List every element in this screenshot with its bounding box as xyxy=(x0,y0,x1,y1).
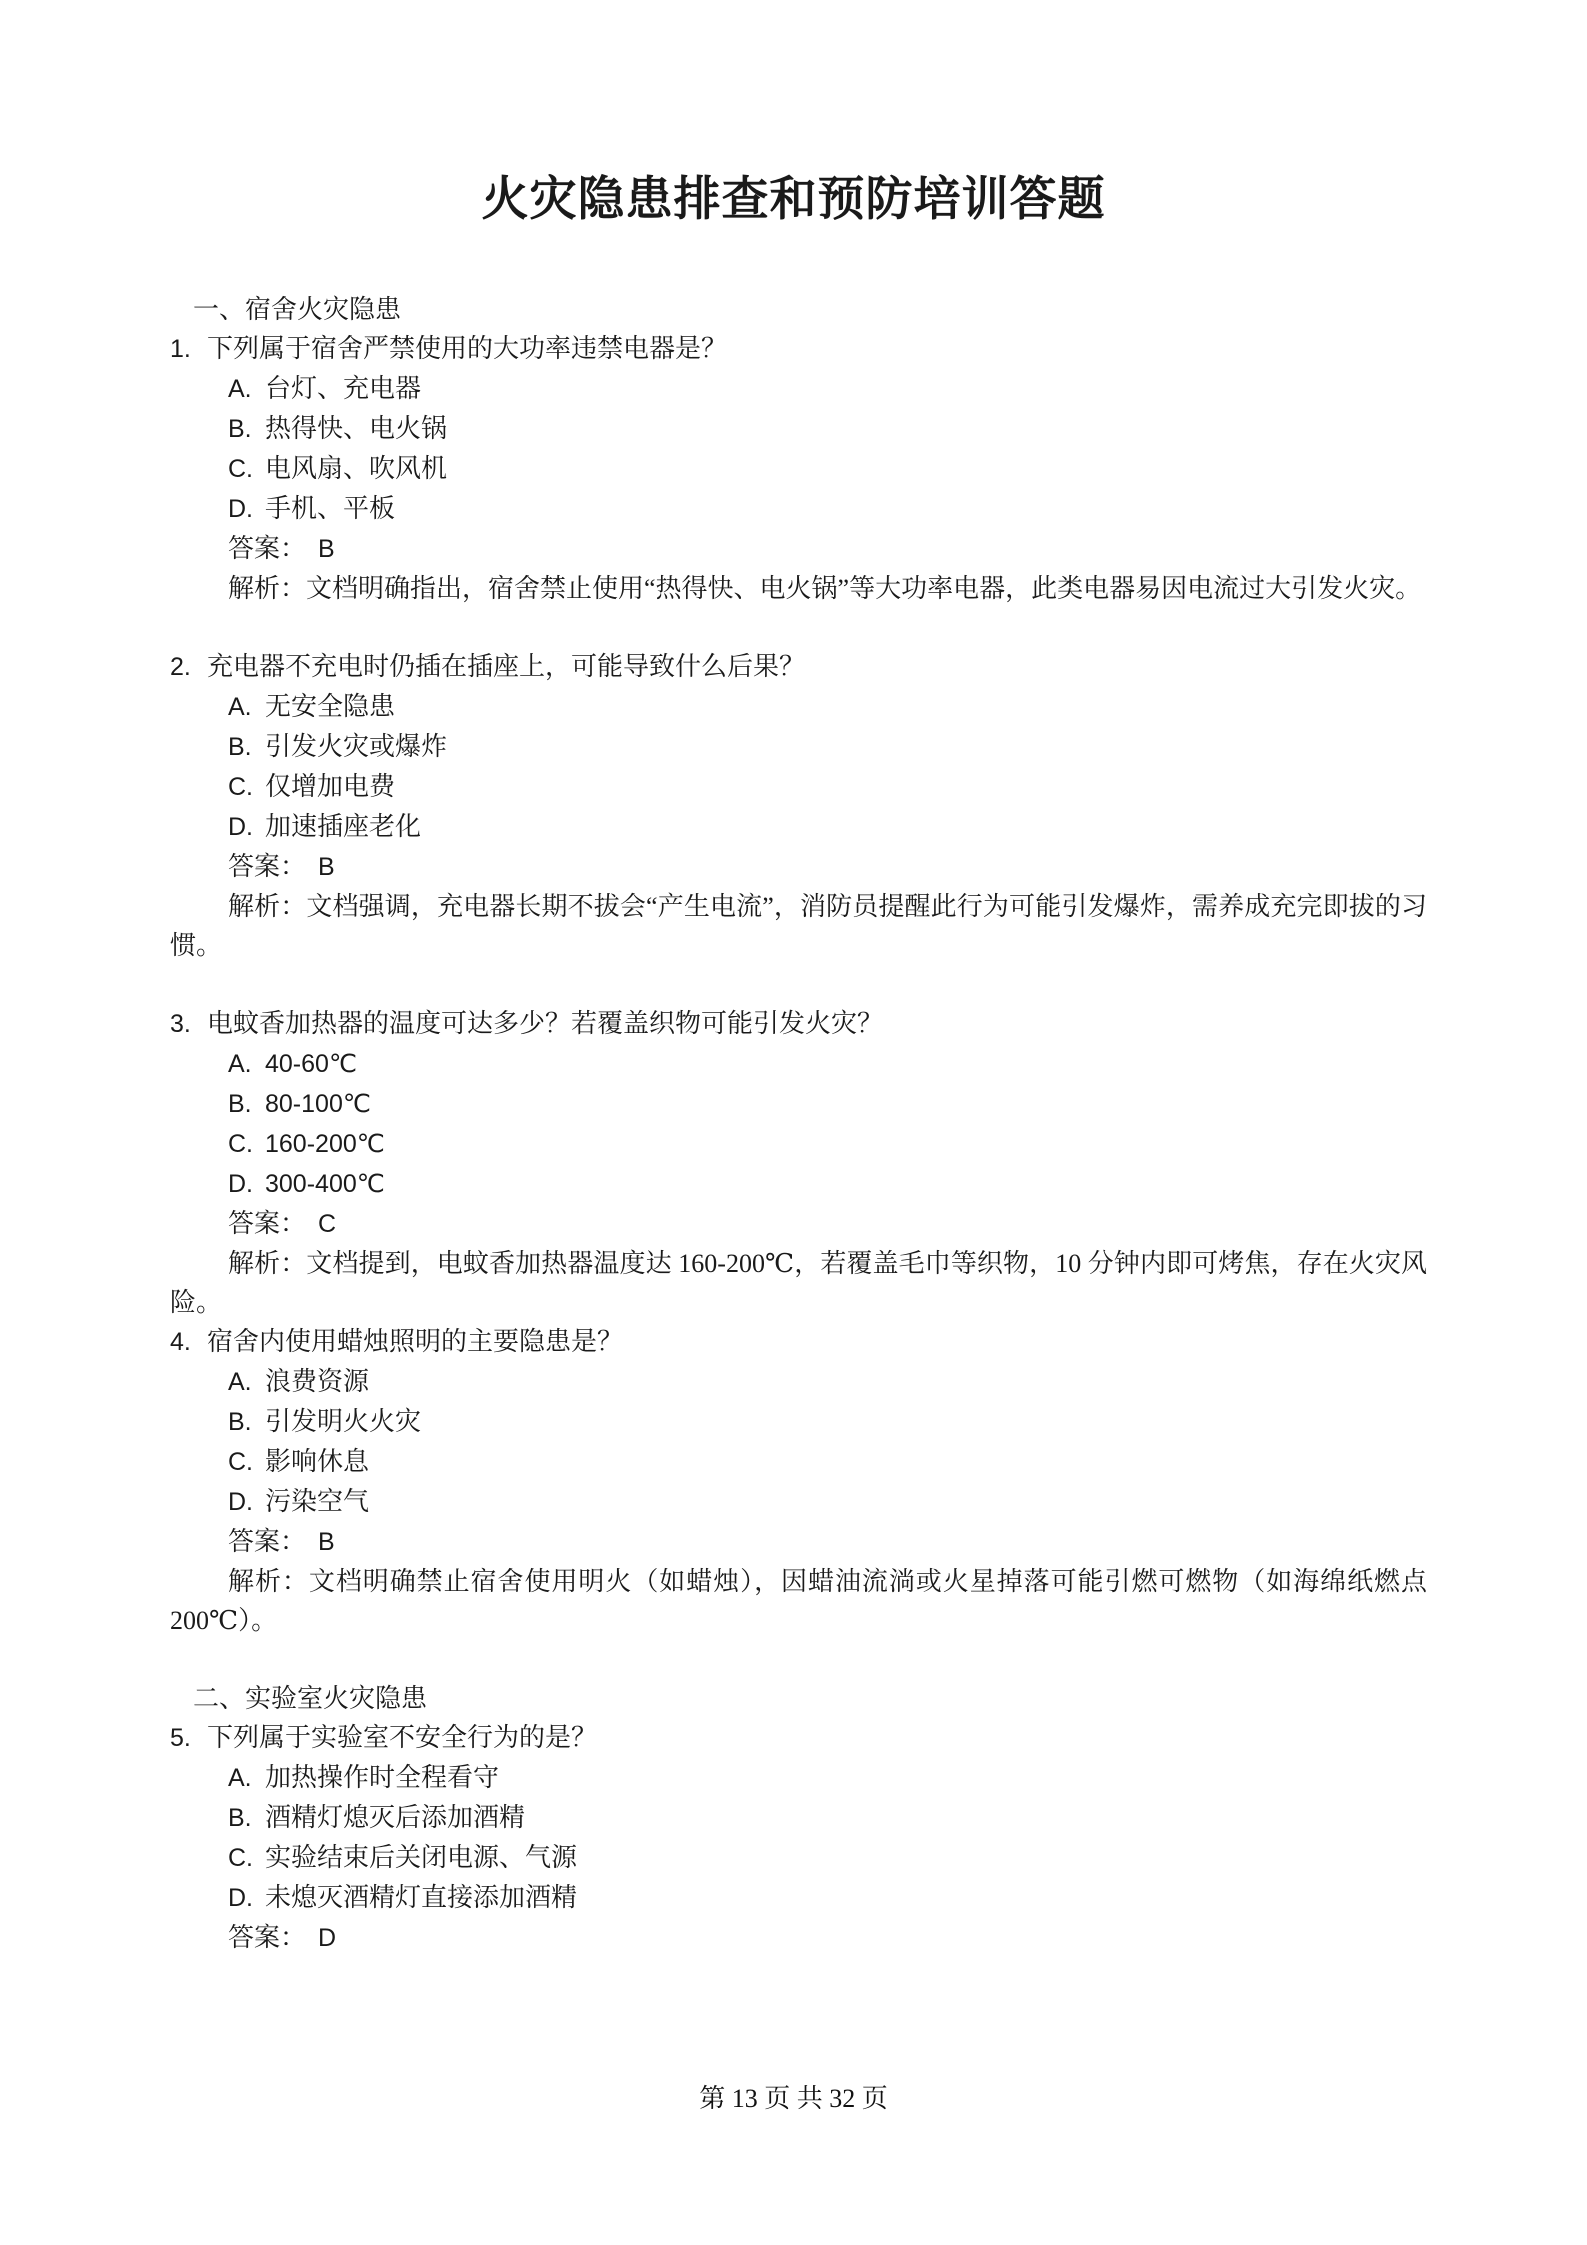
option-row: A.台灯、充电器 xyxy=(228,369,1427,409)
answer-label: 答案： xyxy=(228,534,306,563)
option-label: B. xyxy=(228,1085,253,1124)
option-row: B.引发火灾或爆炸 xyxy=(228,727,1427,767)
option-text: 台灯、充电器 xyxy=(265,374,421,403)
question-line: 4.宿舍内使用蜡烛照明的主要隐患是？ xyxy=(170,1322,1427,1362)
explanation-text: 解析：文档明确指出，宿舍禁止使用“热得快、电火锅”等大功率电器，此类电器易因电流… xyxy=(170,569,1427,608)
answer-line: 答案：B xyxy=(228,847,1427,887)
answer-line: 答案：B xyxy=(228,1522,1427,1562)
question-2: 2.充电器不充电时仍插在插座上，可能导致什么后果？ A.无安全隐患 B.引发火灾… xyxy=(170,647,1427,965)
answer-value: B xyxy=(318,853,335,881)
option-label: D. xyxy=(228,1879,253,1918)
question-number: 2. xyxy=(170,648,195,687)
option-label: A. xyxy=(228,1759,253,1798)
option-label: C. xyxy=(228,1839,253,1878)
option-row: B.引发明火火灾 xyxy=(228,1402,1427,1442)
question-4: 4.宿舍内使用蜡烛照明的主要隐患是？ A.浪费资源 B.引发明火火灾 C.影响休… xyxy=(170,1322,1427,1640)
answer-value: B xyxy=(318,1528,335,1556)
option-label: A. xyxy=(228,1363,253,1402)
option-label: B. xyxy=(228,1799,253,1838)
option-text: 300-400℃ xyxy=(265,1170,385,1198)
option-text: 加热操作时全程看守 xyxy=(265,1763,499,1792)
option-label: B. xyxy=(228,728,253,767)
option-row: A.无安全隐患 xyxy=(228,687,1427,727)
question-number: 3. xyxy=(170,1005,195,1044)
question-1: 1.下列属于宿舍严禁使用的大功率违禁电器是？ A.台灯、充电器 B.热得快、电火… xyxy=(170,329,1427,608)
question-text: 宿舍内使用蜡烛照明的主要隐患是？ xyxy=(207,1327,623,1356)
explanation-text: 解析：文档明确禁止宿舍使用明火（如蜡烛），因蜡油流淌或火星掉落可能引燃可燃物（如… xyxy=(170,1562,1427,1640)
option-text: 160-200℃ xyxy=(265,1130,385,1158)
option-text: 实验结束后关闭电源、气源 xyxy=(265,1843,577,1872)
explanation-text: 解析：文档提到，电蚊香加热器温度达 160-200℃，若覆盖毛巾等织物，10 分… xyxy=(170,1244,1427,1322)
document-body: 一、宿舍火灾隐患 1.下列属于宿舍严禁使用的大功率违禁电器是？ A.台灯、充电器… xyxy=(170,290,1427,1958)
option-text: 热得快、电火锅 xyxy=(265,414,447,443)
document-page: 火灾隐患排查和预防培训答题 一、宿舍火灾隐患 1.下列属于宿舍严禁使用的大功率违… xyxy=(0,0,1587,2245)
option-row: C.实验结束后关闭电源、气源 xyxy=(228,1838,1427,1878)
option-label: D. xyxy=(228,808,253,847)
answer-value: D xyxy=(318,1924,336,1952)
option-row: C.影响休息 xyxy=(228,1442,1427,1482)
option-text: 引发明火火灾 xyxy=(265,1407,421,1436)
option-label: A. xyxy=(228,370,253,409)
answer-label: 答案： xyxy=(228,1527,306,1556)
option-text: 仅增加电费 xyxy=(265,772,395,801)
question-number: 1. xyxy=(170,330,195,369)
question-line: 1.下列属于宿舍严禁使用的大功率违禁电器是？ xyxy=(170,329,1427,369)
option-row: B.热得快、电火锅 xyxy=(228,409,1427,449)
option-row: D.手机、平板 xyxy=(228,489,1427,529)
option-text: 40-60℃ xyxy=(265,1050,357,1078)
option-label: C. xyxy=(228,1125,253,1164)
question-number: 4. xyxy=(170,1323,195,1362)
section-heading-laboratory: 二、实验室火灾隐患 xyxy=(170,1679,1427,1718)
section-heading-dormitory: 一、宿舍火灾隐患 xyxy=(170,290,1427,329)
question-line: 3.电蚊香加热器的温度可达多少？若覆盖织物可能引发火灾？ xyxy=(170,1004,1427,1044)
question-text: 电蚊香加热器的温度可达多少？若覆盖织物可能引发火灾？ xyxy=(207,1009,883,1038)
option-text: 酒精灯熄灭后添加酒精 xyxy=(265,1803,525,1832)
question-line: 2.充电器不充电时仍插在插座上，可能导致什么后果？ xyxy=(170,647,1427,687)
option-text: 无安全隐患 xyxy=(265,692,395,721)
option-label: D. xyxy=(228,1483,253,1522)
page-footer: 第 13 页 共 32 页 xyxy=(0,2083,1587,2115)
option-text: 影响休息 xyxy=(265,1447,369,1476)
option-row: A.40-60℃ xyxy=(228,1044,1427,1084)
answer-label: 答案： xyxy=(228,1923,306,1952)
option-row: D.污染空气 xyxy=(228,1482,1427,1522)
answer-line: 答案：C xyxy=(228,1204,1427,1244)
question-text: 下列属于宿舍严禁使用的大功率违禁电器是？ xyxy=(207,334,727,363)
option-label: A. xyxy=(228,1045,253,1084)
answer-line: 答案：D xyxy=(228,1918,1427,1958)
page-title: 火灾隐患排查和预防培训答题 xyxy=(0,168,1587,232)
explanation-text: 解析：文档强调，充电器长期不拔会“产生电流”，消防员提醒此行为可能引发爆炸，需养… xyxy=(170,887,1427,965)
option-row: A.加热操作时全程看守 xyxy=(228,1758,1427,1798)
option-text: 80-100℃ xyxy=(265,1090,371,1118)
question-text: 充电器不充电时仍插在插座上，可能导致什么后果？ xyxy=(207,652,805,681)
answer-line: 答案：B xyxy=(228,529,1427,569)
option-text: 引发火灾或爆炸 xyxy=(265,732,447,761)
answer-label: 答案： xyxy=(228,1209,306,1238)
option-row: B.酒精灯熄灭后添加酒精 xyxy=(228,1798,1427,1838)
option-label: C. xyxy=(228,1443,253,1482)
option-text: 浪费资源 xyxy=(265,1367,369,1396)
option-label: D. xyxy=(228,490,253,529)
answer-label: 答案： xyxy=(228,852,306,881)
option-row: C.仅增加电费 xyxy=(228,767,1427,807)
option-label: A. xyxy=(228,688,253,727)
answer-value: C xyxy=(318,1210,336,1238)
option-label: D. xyxy=(228,1165,253,1204)
question-line: 5.下列属于实验室不安全行为的是？ xyxy=(170,1718,1427,1758)
question-5: 5.下列属于实验室不安全行为的是？ A.加热操作时全程看守 B.酒精灯熄灭后添加… xyxy=(170,1718,1427,1958)
option-row: C.电风扇、吹风机 xyxy=(228,449,1427,489)
option-text: 手机、平板 xyxy=(265,494,395,523)
option-text: 电风扇、吹风机 xyxy=(265,454,447,483)
option-label: C. xyxy=(228,768,253,807)
option-row: C.160-200℃ xyxy=(228,1124,1427,1164)
option-row: D.加速插座老化 xyxy=(228,807,1427,847)
option-label: C. xyxy=(228,450,253,489)
option-label: B. xyxy=(228,1403,253,1442)
option-text: 加速插座老化 xyxy=(265,812,421,841)
answer-value: B xyxy=(318,535,335,563)
question-3: 3.电蚊香加热器的温度可达多少？若覆盖织物可能引发火灾？ A.40-60℃ B.… xyxy=(170,1004,1427,1322)
option-row: D.300-400℃ xyxy=(228,1164,1427,1204)
question-number: 5. xyxy=(170,1719,195,1758)
option-row: B.80-100℃ xyxy=(228,1084,1427,1124)
option-text: 未熄灭酒精灯直接添加酒精 xyxy=(265,1883,577,1912)
option-row: A.浪费资源 xyxy=(228,1362,1427,1402)
option-row: D.未熄灭酒精灯直接添加酒精 xyxy=(228,1878,1427,1918)
question-text: 下列属于实验室不安全行为的是？ xyxy=(207,1723,597,1752)
option-text: 污染空气 xyxy=(265,1487,369,1516)
option-label: B. xyxy=(228,410,253,449)
